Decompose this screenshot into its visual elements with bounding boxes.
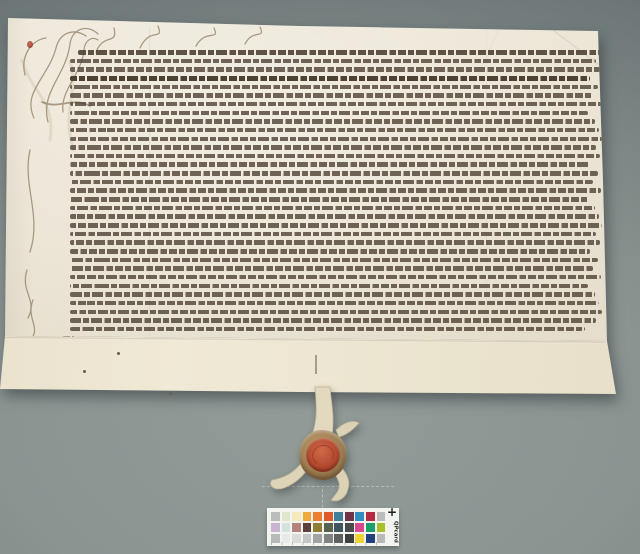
manuscript-text-line [70,197,588,202]
color-patch [366,523,375,532]
manuscript-text-line [70,137,602,142]
manuscript-text-line [70,188,601,193]
manuscript-text-line [70,301,599,306]
charter-document [0,0,640,554]
color-patch [377,512,386,521]
plica-slit [83,370,86,373]
manuscript-text-line [70,85,598,90]
color-patch [271,512,280,521]
manuscript-text-line [70,275,601,280]
color-calibration-card: + QPcard [267,508,399,546]
red-wax-mark [27,41,33,48]
color-patch [334,512,343,521]
manuscript-text-line [70,284,588,289]
manuscript-text-line [78,50,602,55]
seal-tag-slit [315,355,317,374]
color-patch [271,523,280,532]
manuscript-text-line [70,76,590,81]
color-card-patches [267,508,399,546]
mat-string-horizontal [262,486,394,487]
manuscript-text-line [70,292,595,297]
manuscript-text-line [70,232,596,237]
photo-stage: + QPcard [0,0,640,554]
manuscript-text-line [70,206,595,211]
color-patch [303,512,312,521]
color-patch [366,512,375,521]
manuscript-text-line [70,111,588,116]
qpcard-label: QPcard [393,521,399,543]
plica-slit [117,352,120,355]
color-patch [303,523,312,532]
manuscript-text-line [70,223,602,228]
color-patch [282,523,291,532]
color-patch [345,512,354,521]
color-patch [355,512,364,521]
plica-slit [169,392,172,395]
manuscript-text-line [70,162,590,167]
manuscript-text-line [70,67,600,72]
color-patch [313,512,322,521]
manuscript-text-block [0,0,640,554]
color-patch [377,523,386,532]
manuscript-text-line [70,318,596,323]
manuscript-text-line [70,102,601,107]
manuscript-text-line [70,93,593,98]
manuscript-text-line [70,180,593,185]
manuscript-text-line [70,327,585,332]
manuscript-text-line [70,119,595,124]
manuscript-text-line [70,258,598,263]
color-patch [324,512,333,521]
manuscript-text-line [70,145,596,150]
color-patch [334,523,343,532]
parchment-sheet [0,0,640,554]
manuscript-text-line [70,128,599,133]
color-patch [313,523,322,532]
manuscript-text-line [70,310,602,315]
color-patch [324,523,333,532]
manuscript-text-line [70,249,590,254]
manuscript-text-line [70,59,596,64]
color-patch [345,523,354,532]
color-patch [282,512,291,521]
manuscript-text-line [70,240,600,245]
manuscript-text-line [70,154,600,159]
color-patch [355,523,364,532]
crosshair-mark: + [387,506,397,518]
manuscript-text-line [70,214,599,219]
color-patch [292,512,301,521]
color-patch [292,523,301,532]
manuscript-text-line [70,171,598,176]
card-tick-scale [271,542,385,545]
manuscript-text-line [70,266,593,271]
